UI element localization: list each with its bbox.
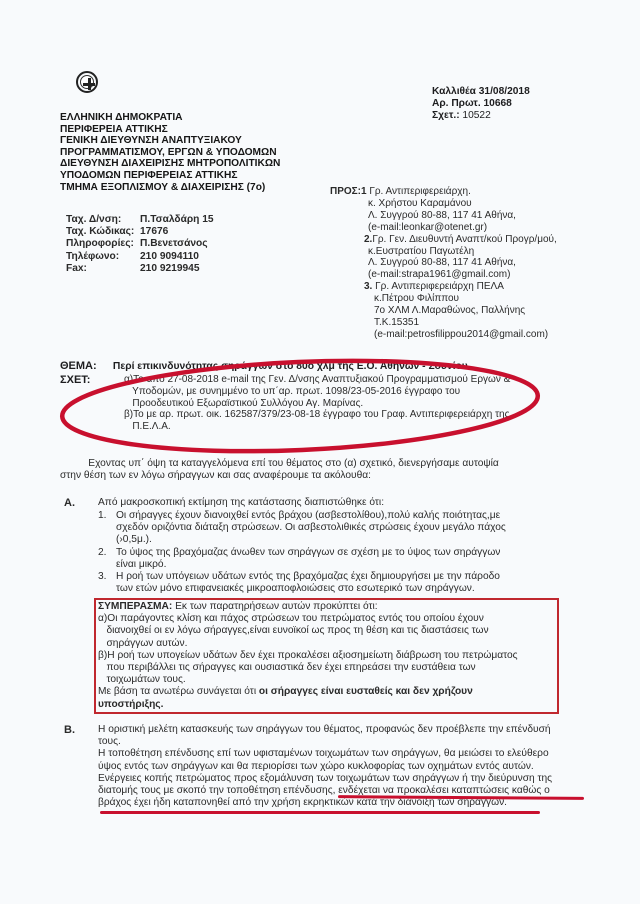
contact-label: Fax: bbox=[66, 263, 140, 275]
contact-label: Ταχ. Δ/νση: bbox=[66, 214, 140, 226]
recipient-line: Γρ. Αντιπεριφερειάρχη. bbox=[369, 186, 471, 197]
subject-text: Περί επικινδυνότητας σηράγγων στο 80ο χλ… bbox=[113, 361, 468, 372]
conclusion-line: σηράγγων αυτών. bbox=[98, 638, 518, 650]
contact-row: Fax:210 9219945 bbox=[66, 263, 214, 275]
list-item-line: Το ύψος της βραχόμαζας άνωθεν των σηράγγ… bbox=[116, 547, 500, 559]
greek-coat-of-arms-icon bbox=[76, 71, 98, 93]
list-item: 1. Οι σήραγγες έχουν διανοιχθεί εντός βρ… bbox=[98, 510, 506, 547]
contact-row: Τηλέφωνο:210 9094110 bbox=[66, 251, 214, 263]
issuing-authority-header: ΕΛΛΗΝΙΚΗ ΔΗΜΟΚΡΑΤΙΑ ΠΕΡΙΦΕΡΕΙΑ ΑΤΤΙΚΗΣ Γ… bbox=[60, 112, 280, 193]
section-b-label: Β. bbox=[64, 724, 75, 736]
recipient-line: Λ. Συγγρού 80-88, 117 41 Αθήνα, bbox=[330, 257, 557, 269]
section-a-heading: Από μακροσκοπική εκτίμηση της κατάστασης… bbox=[98, 497, 384, 509]
red-underline-annotation bbox=[100, 811, 540, 814]
contact-row: Πληροφορίες:Π.Βενετσάνος bbox=[66, 238, 214, 250]
conclusion-final-bold: οι σήραγγες είναι ευσταθείς και δεν χρήζ… bbox=[259, 686, 473, 697]
list-item-line: (›0,5μ.). bbox=[116, 534, 506, 546]
recipient-line: κ.Ευστρατίου Παγωτέλη bbox=[330, 246, 557, 258]
contact-value: 210 9094110 bbox=[140, 251, 199, 263]
section-b-line: τους. bbox=[98, 736, 552, 748]
recipient-line: Λ. Συγγρού 80-88, 117 41 Αθήνα, bbox=[330, 210, 557, 222]
section-b-line: Ενέργειες κοπής πετρώματος προς εξομάλυν… bbox=[98, 773, 552, 785]
related-line: Π.Ε.Λ.Α. bbox=[124, 421, 594, 433]
contact-label: Πληροφορίες: bbox=[66, 238, 140, 250]
section-b-line: διατομής τους με σκοπό την τοποθέτηση επ… bbox=[98, 785, 338, 796]
related-label: ΣΧΕΤ: bbox=[60, 374, 90, 386]
recipient-line: Τ.Κ.15351 bbox=[330, 317, 557, 329]
conclusion-line: β)Η ροή των υπογείων υδάτων δεν έχει προ… bbox=[98, 650, 518, 662]
header-line: ΓΕΝΙΚΗ ΔΙΕΥΘΥΝΣΗ ΑΝΑΠΤΥΞΙΑΚΟΥ bbox=[60, 135, 280, 147]
underlined-warning-text: ενδέχεται να προκαλέσει καταπτώσεις καθώ… bbox=[338, 785, 550, 796]
conclusion-final-text: Με βάση τα ανωτέρω συνάγεται ότι bbox=[98, 686, 259, 697]
list-item-line: σχεδόν οριζόντια διάταξη στρώσεων. Οι ασ… bbox=[116, 522, 506, 534]
related-line: Προοδευτικού Εξωραϊστικού Συλλόγου Αγ. Μ… bbox=[124, 398, 594, 410]
contact-row: Ταχ. Δ/νση:Π.Τσαλδάρη 15 bbox=[66, 214, 214, 226]
header-line: ΠΕΡΙΦΕΡΕΙΑ ΑΤΤΙΚΗΣ bbox=[60, 124, 280, 136]
recipient-line: 7ο ΧΛΜ Λ.Μαραθώνος, Παλλήνης bbox=[330, 305, 557, 317]
header-line: ΔΙΕΥΘΥΝΣΗ ΔΙΑΧΕΙΡΙΣΗΣ ΜΗΤΡΟΠΟΛΙΤΙΚΩΝ bbox=[60, 158, 280, 170]
related-line: β)Το με αρ. πρωτ. οικ. 162587/379/23-08-… bbox=[124, 409, 594, 421]
conclusion-label: ΣΥΜΠΕΡΑΣΜΑ: bbox=[98, 601, 172, 612]
conclusion-line: τοιχωμάτων τους. bbox=[98, 674, 518, 686]
header-line: ΕΛΛΗΝΙΚΗ ΔΗΜΟΚΡΑΤΙΑ bbox=[60, 112, 280, 124]
protocol-number: Αρ. Πρωτ. 10668 bbox=[432, 98, 530, 110]
subject-label: ΘΕΜΑ: bbox=[60, 360, 110, 372]
intro-paragraph: Εχοντας υπ΄ όψη τα καταγγελόμενα επί του… bbox=[60, 458, 499, 482]
recipient-email: (e-mail:leonkar@otenet.gr) bbox=[330, 222, 557, 234]
conclusion-line: α)Οι παράγοντες κλίση και πάχος στρώσεων… bbox=[98, 613, 518, 625]
contact-label: Ταχ. Κώδικας: bbox=[66, 226, 140, 238]
contact-value: 210 9219945 bbox=[140, 263, 200, 275]
header-line: ΥΠΟΔΟΜΩΝ ΠΕΡΙΦΕΡΕΙΑΣ ΑΤΤΙΚΗΣ bbox=[60, 170, 280, 182]
place-date: Καλλιθέα 31/08/2018 bbox=[432, 86, 530, 98]
related-line: α)Το από 27-08-2018 e-mail της Γεν. Δ/νσ… bbox=[124, 374, 594, 386]
list-item-line: Οι σήραγγες έχουν διανοιχθεί εντός βράχο… bbox=[116, 510, 506, 522]
section-b-line: Η οριστική μελέτη κατασκευής των σηράγγω… bbox=[98, 724, 552, 736]
list-item: 2. Το ύψος της βραχόμαζας άνωθεν των σηρ… bbox=[98, 547, 506, 571]
related-documents: α)Το από 27-08-2018 e-mail της Γεν. Δ/νσ… bbox=[124, 374, 594, 433]
recipients-block: ΠΡΟΣ:1 Γρ. Αντιπεριφερειάρχη. κ. Χρήστου… bbox=[330, 186, 557, 341]
contact-value: Π.Βενετσάνος bbox=[140, 238, 208, 250]
intro-line: Εχοντας υπ΄ όψη τα καταγγελόμενα επί του… bbox=[60, 458, 499, 470]
section-b-line: Η τοποθέτηση επένδυσης επί των υφισταμέν… bbox=[98, 748, 552, 760]
recipient-number: 3. bbox=[364, 281, 372, 292]
list-item-number: 1. bbox=[98, 510, 116, 547]
conclusion-final-bold: υποστήριξης. bbox=[98, 699, 518, 711]
contact-label: Τηλέφωνο: bbox=[66, 251, 140, 263]
intro-line: στην θέση των εν λόγω σήραγγων και σας α… bbox=[60, 470, 499, 482]
conclusion-line: που περιβάλλει τις σήραγγες και ουσιαστι… bbox=[98, 662, 518, 674]
conclusion-intro: Εκ των παρατηρήσεων αυτών προκύπτει ότι: bbox=[172, 601, 377, 612]
list-item-line: είναι μικρό. bbox=[116, 559, 500, 571]
contact-row: Ταχ. Κώδικας:17676 bbox=[66, 226, 214, 238]
section-b-line: ύψος εντός των σηράγγων και θα περιορίσε… bbox=[98, 761, 552, 773]
recipient-line: κ. Χρήστου Καραμάνου bbox=[330, 198, 557, 210]
contact-details: Ταχ. Δ/νση:Π.Τσαλδάρη 15 Ταχ. Κώδικας:17… bbox=[66, 214, 214, 275]
list-item-line: των ετών μόνο επιφανειακές μικροαποφλοιώ… bbox=[116, 583, 500, 595]
contact-value: 17676 bbox=[140, 226, 168, 238]
recipient-number: 1 bbox=[361, 186, 367, 197]
list-item-number: 3. bbox=[98, 571, 116, 595]
related-number: Σχετ.: 10522 bbox=[432, 110, 530, 122]
section-a-list: 1. Οι σήραγγες έχουν διανοιχθεί εντός βρ… bbox=[98, 510, 506, 595]
section-a-label: Α. bbox=[64, 497, 75, 509]
recipient-email: (e-mail:petrosfilippou2014@gmail.com) bbox=[330, 329, 557, 341]
header-line: ΤΜΗΜΑ ΕΞΟΠΛΙΣΜΟΥ & ΔΙΑΧΕΙΡΙΣΗΣ (7ο) bbox=[60, 182, 280, 194]
recipient-line: κ.Πέτρου Φιλίππου bbox=[330, 293, 557, 305]
contact-value: Π.Τσαλδάρη 15 bbox=[140, 214, 214, 226]
recipient-line: Γρ. Γεν. Διευθυντή Αναπτ/κού Προγρ/μού, bbox=[372, 234, 556, 245]
recipient-email: (e-mail:strapa1961@gmail.com) bbox=[330, 269, 557, 281]
subject-line: ΘΕΜΑ: Περί επικινδυνότητας σηράγγων στο … bbox=[60, 360, 468, 373]
related-label: Σχετ.: bbox=[432, 110, 460, 121]
related-value: 10522 bbox=[460, 110, 491, 121]
conclusion-line: διανοιχθεί οι εν λόγω σήραγγες,είναι ευν… bbox=[98, 625, 518, 637]
conclusion-block: ΣΥΜΠΕΡΑΣΜΑ: Εκ των παρατηρήσεων αυτών πρ… bbox=[98, 601, 518, 711]
recipient-line: Γρ. Αντιπεριφερειάρχη ΠΕΛΑ bbox=[375, 281, 504, 292]
recipients-label: ΠΡΟΣ: bbox=[330, 186, 361, 197]
scanned-document-page: ΕΛΛΗΝΙΚΗ ΔΗΜΟΚΡΑΤΙΑ ΠΕΡΙΦΕΡΕΙΑ ΑΤΤΙΚΗΣ Γ… bbox=[0, 0, 640, 904]
list-item-number: 2. bbox=[98, 547, 116, 571]
header-line: ΠΡΟΓΡΑΜΜΑΤΙΣΜΟΥ, ΕΡΓΩΝ & ΥΠΟΔΟΜΩΝ bbox=[60, 147, 280, 159]
related-line: Υποδομών, με συνημμένο το υπ΄αρ. πρωτ. 1… bbox=[124, 386, 594, 398]
document-reference: Καλλιθέα 31/08/2018 Αρ. Πρωτ. 10668 Σχετ… bbox=[432, 86, 530, 122]
list-item-line: Η ροή των υπόγειων υδάτων εντός της βραχ… bbox=[116, 571, 500, 583]
list-item: 3. Η ροή των υπόγειων υδάτων εντός της β… bbox=[98, 571, 506, 595]
